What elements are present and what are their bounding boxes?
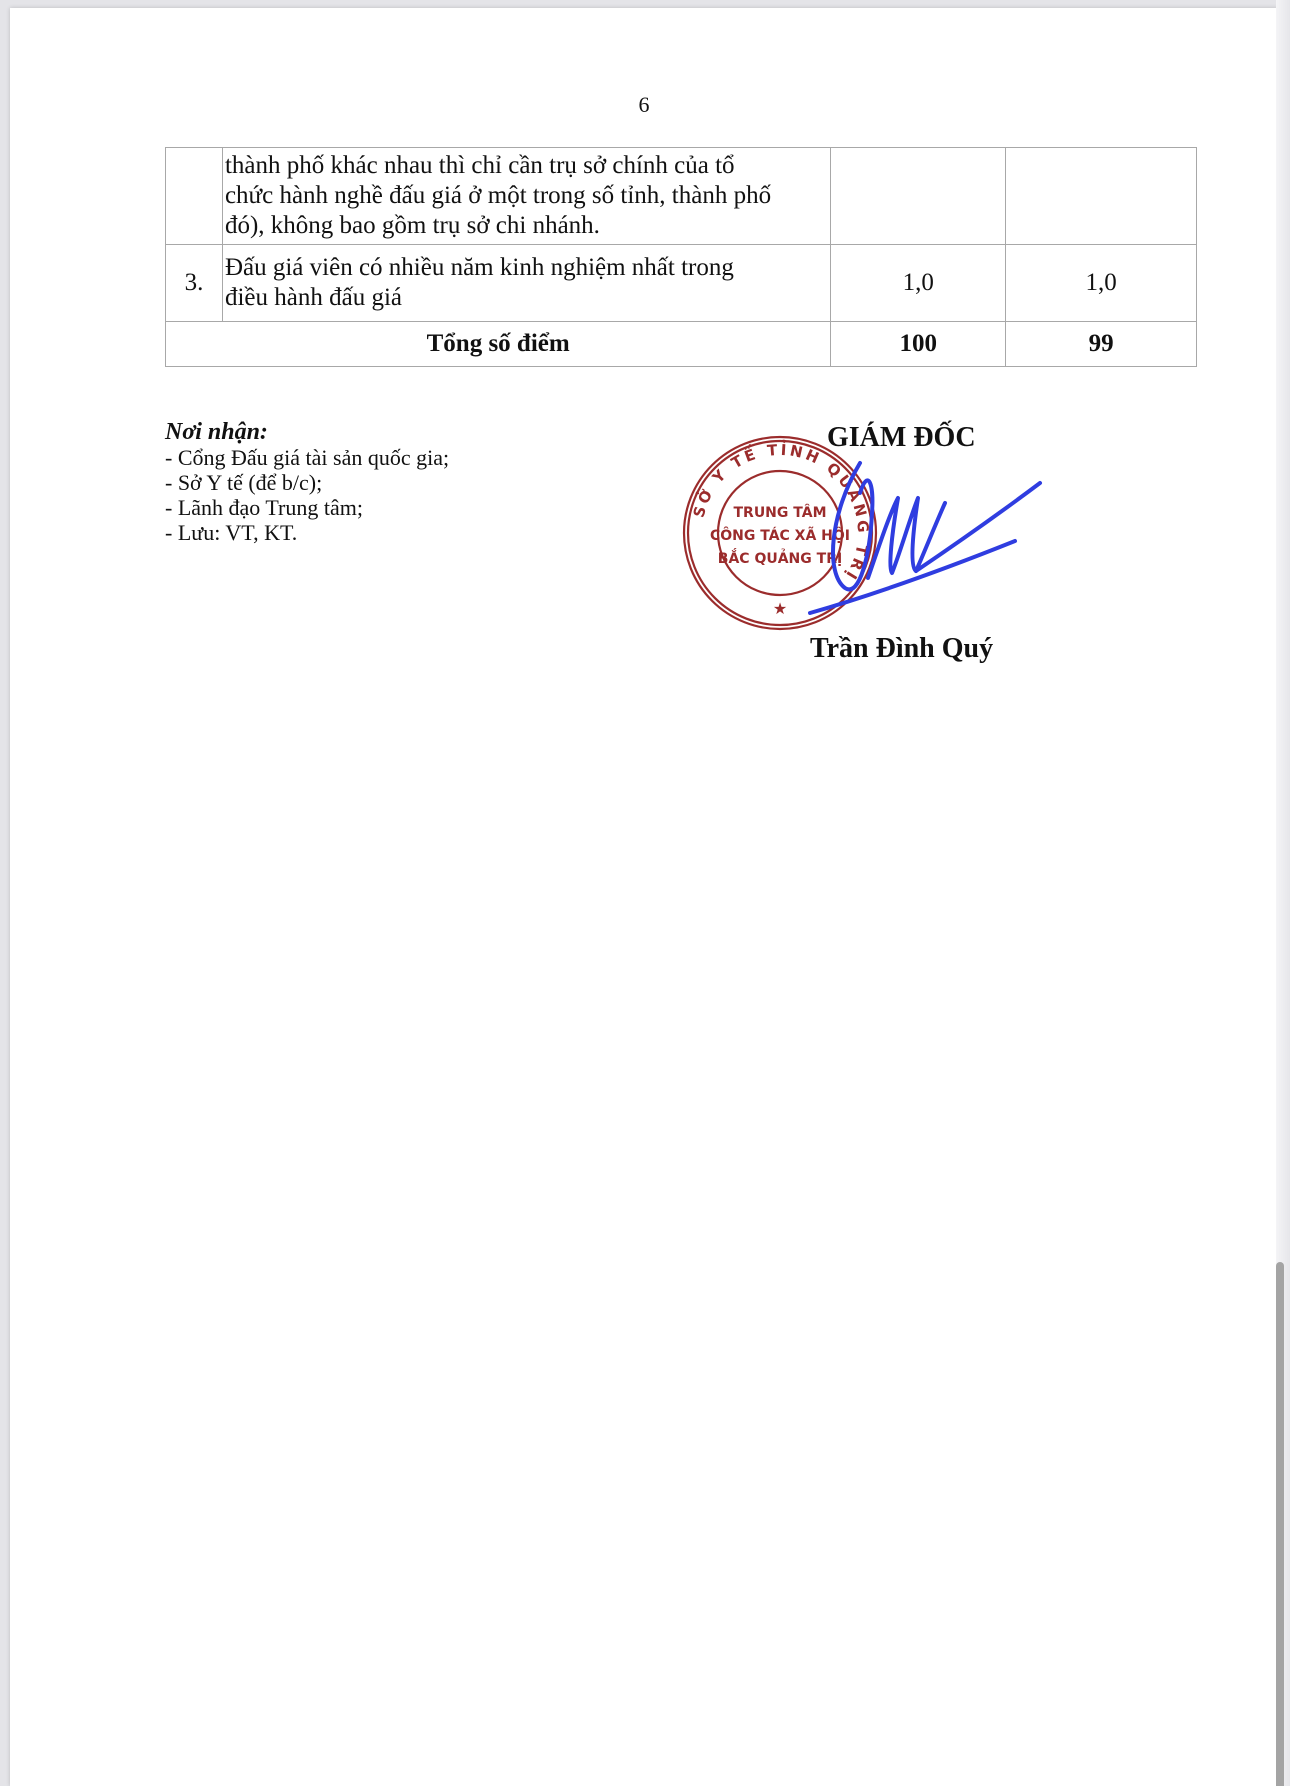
criterion-line: đó), không bao gồm trụ sở chi nhánh. — [225, 211, 830, 241]
criterion-line: thành phố khác nhau thì chỉ cần trụ sở c… — [225, 151, 830, 181]
max-score: 1,0 — [831, 245, 1006, 322]
scrollbar-thumb[interactable] — [1276, 1262, 1284, 1786]
criterion-line: điều hành đấu giá — [225, 283, 830, 313]
scrollbar[interactable] — [1276, 0, 1290, 1786]
signer-name: Trần Đình Quý — [810, 633, 993, 665]
criterion-text: Đấu giá viên có nhiều năm kinh nghiệm nh… — [222, 245, 830, 322]
handwritten-signature-icon — [800, 453, 1060, 623]
recipient-item: - Lưu: VT, KT. — [165, 520, 449, 545]
given-score — [1006, 148, 1197, 245]
recipients-block: Nơi nhận: - Cổng Đấu giá tài sản quốc gi… — [165, 420, 449, 545]
total-row: Tổng số điểm 100 99 — [166, 322, 1197, 367]
total-max-score: 100 — [831, 322, 1006, 367]
max-score — [831, 148, 1006, 245]
total-score: 99 — [1006, 322, 1197, 367]
criterion-text: thành phố khác nhau thì chỉ cần trụ sở c… — [222, 148, 830, 245]
recipient-item: - Sở Y tế (để b/c); — [165, 470, 449, 495]
criterion-line: Đấu giá viên có nhiều năm kinh nghiệm nh… — [225, 253, 830, 283]
total-label: Tổng số điểm — [166, 322, 831, 367]
page-number: 6 — [10, 92, 1278, 118]
table-row: 3. Đấu giá viên có nhiều năm kinh nghiệm… — [166, 245, 1197, 322]
recipients-title: Nơi nhận: — [165, 420, 449, 445]
criterion-line: chức hành nghề đấu giá ở một trong số tỉ… — [225, 181, 830, 211]
given-score: 1,0 — [1006, 245, 1197, 322]
row-number: 3. — [166, 245, 223, 322]
svg-text:★: ★ — [773, 601, 787, 618]
recipient-item: - Cổng Đấu giá tài sản quốc gia; — [165, 445, 449, 470]
document-page: 6 thành phố khác nhau thì chỉ cần trụ sở… — [10, 8, 1278, 1786]
table-row: thành phố khác nhau thì chỉ cần trụ sở c… — [166, 148, 1197, 245]
score-table: thành phố khác nhau thì chỉ cần trụ sở c… — [165, 147, 1197, 367]
recipient-item: - Lãnh đạo Trung tâm; — [165, 495, 449, 520]
row-number — [166, 148, 223, 245]
